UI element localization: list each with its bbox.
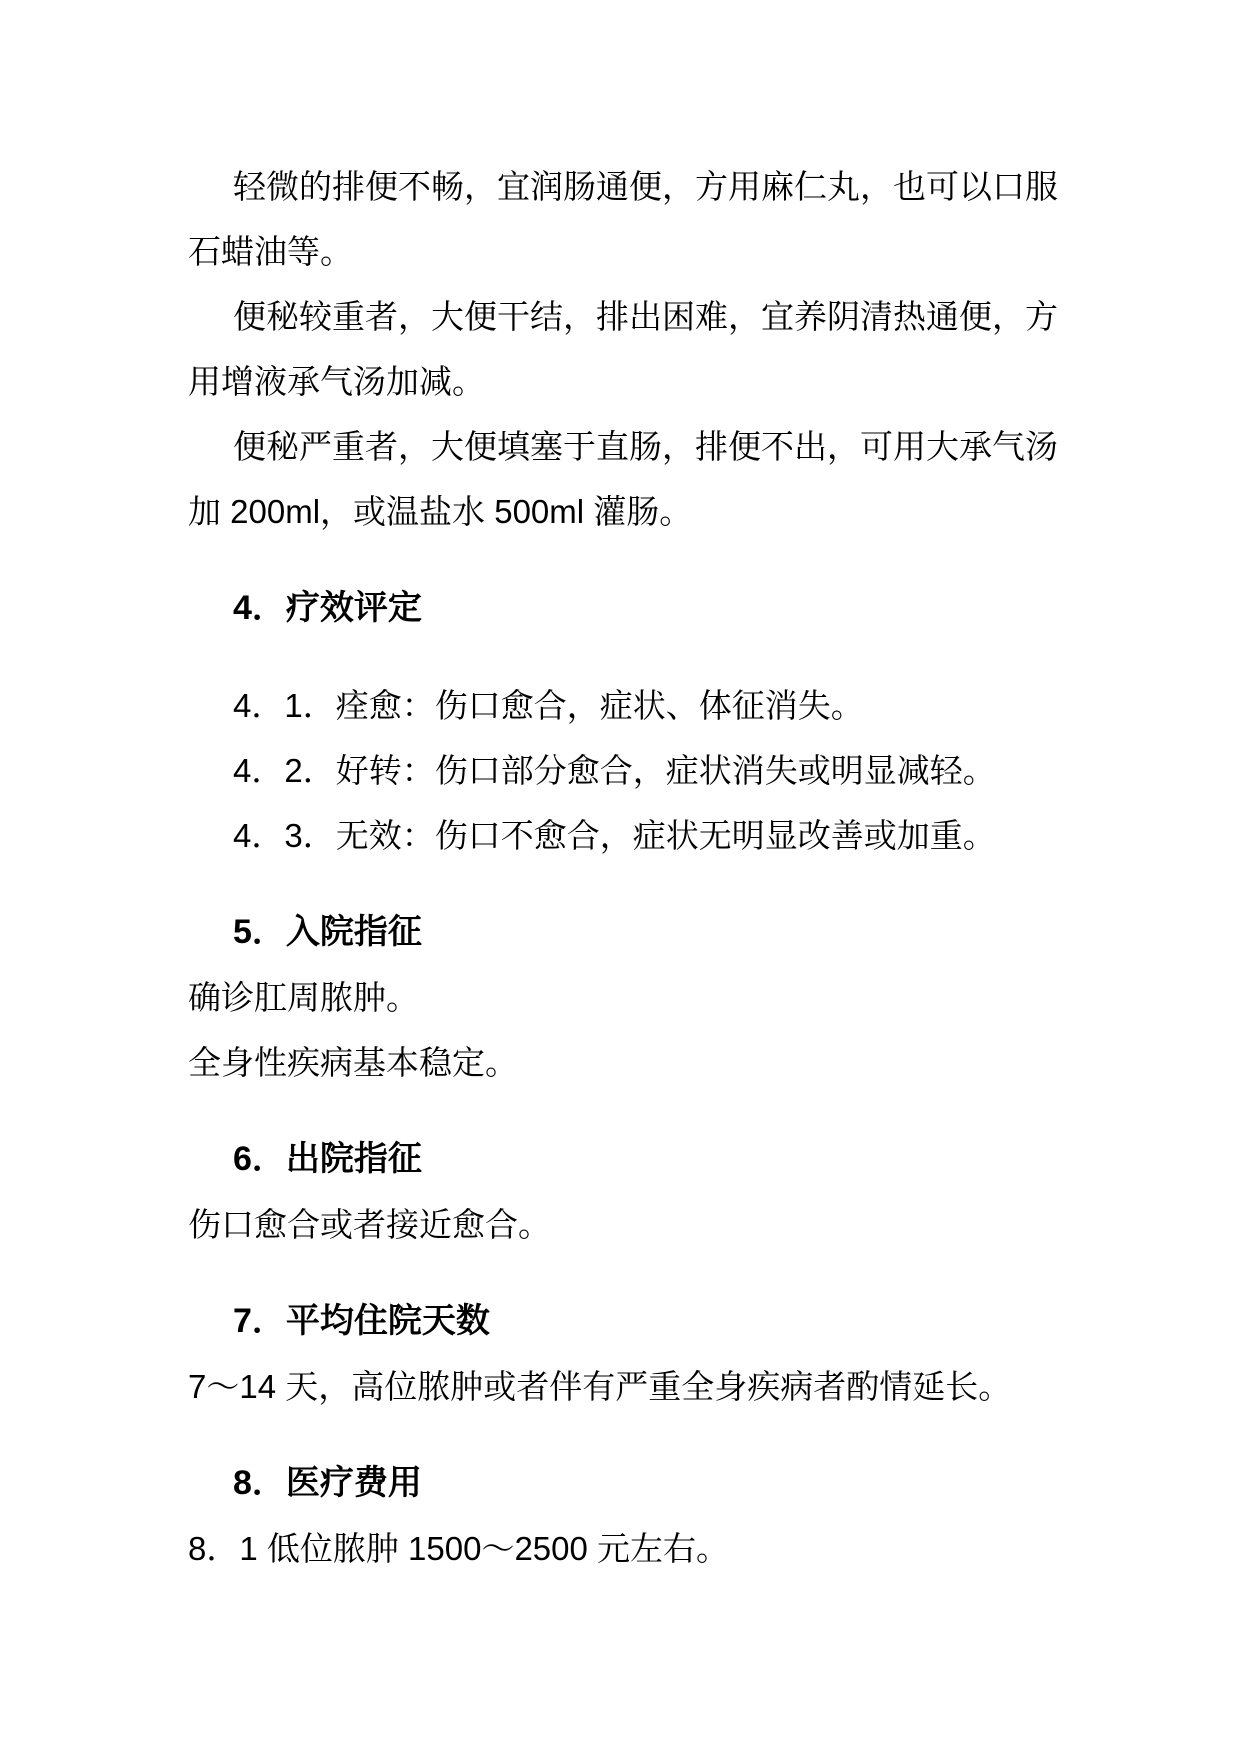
numbered-item: 4．2．好转：伤口部分愈合，症状消失或明显减轻。 — [233, 738, 1101, 803]
section-heading: 4．疗效评定 — [233, 576, 1101, 641]
paragraph-line: 石蜡油等。 — [188, 219, 1101, 284]
section-heading: 5．入院指征 — [233, 900, 1101, 965]
document-content: 轻微的排便不畅，宜润肠通便，方用麻仁丸，也可以口服 石蜡油等。 便秘较重者，大便… — [0, 0, 1241, 1581]
paragraph-constipation-moderate: 便秘较重者，大便干结，排出困难，宜养阴清热通便，方 用增液承气汤加减。 — [188, 284, 1101, 414]
paragraph-line: 8．1 低位脓肿 1500～2500 元左右。 — [188, 1516, 1101, 1581]
paragraph-line: 便秘较重者，大便干结，排出困难，宜养阴清热通便，方 — [233, 284, 1101, 349]
section-admission-indications: 5．入院指征 确诊肛周脓肿。 全身性疾病基本稳定。 — [188, 900, 1101, 1095]
paragraph-line: 伤口愈合或者接近愈合。 — [188, 1192, 1101, 1257]
document-page: 轻微的排便不畅，宜润肠通便，方用麻仁丸，也可以口服 石蜡油等。 便秘较重者，大便… — [0, 0, 1241, 1754]
paragraph-line: 加 200ml，或温盐水 500ml 灌肠。 — [188, 479, 1101, 544]
paragraph-line: 7～14 天，高位脓肿或者伴有严重全身疾病者酌情延长。 — [188, 1354, 1101, 1419]
paragraph-line: 用增液承气汤加减。 — [188, 349, 1101, 414]
section-medical-costs: 8．医疗费用 8．1 低位脓肿 1500～2500 元左右。 — [188, 1451, 1101, 1581]
paragraph-line: 确诊肛周脓肿。 — [188, 965, 1101, 1030]
section-heading: 7．平均住院天数 — [233, 1289, 1101, 1354]
paragraph-constipation-mild: 轻微的排便不畅，宜润肠通便，方用麻仁丸，也可以口服 石蜡油等。 — [188, 154, 1101, 284]
paragraph-constipation-severe: 便秘严重者，大便填塞于直肠，排便不出，可用大承气汤 加 200ml，或温盐水 5… — [188, 414, 1101, 544]
section-discharge-indications: 6．出院指征 伤口愈合或者接近愈合。 — [188, 1127, 1101, 1257]
section-heading: 6．出院指征 — [233, 1127, 1101, 1192]
section-efficacy-evaluation: 4．疗效评定 4．1．痊愈：伤口愈合，症状、体征消失。 4．2．好转：伤口部分愈… — [188, 576, 1101, 868]
paragraph-line: 便秘严重者，大便填塞于直肠，排便不出，可用大承气汤 — [233, 414, 1101, 479]
numbered-item: 4．1．痊愈：伤口愈合，症状、体征消失。 — [233, 673, 1101, 738]
numbered-item: 4．3．无效：伤口不愈合，症状无明显改善或加重。 — [233, 803, 1101, 868]
section-average-hospital-stay: 7．平均住院天数 7～14 天，高位脓肿或者伴有严重全身疾病者酌情延长。 — [188, 1289, 1101, 1419]
paragraph-line: 全身性疾病基本稳定。 — [188, 1030, 1101, 1095]
paragraph-line: 轻微的排便不畅，宜润肠通便，方用麻仁丸，也可以口服 — [233, 154, 1101, 219]
section-heading: 8．医疗费用 — [233, 1451, 1101, 1516]
